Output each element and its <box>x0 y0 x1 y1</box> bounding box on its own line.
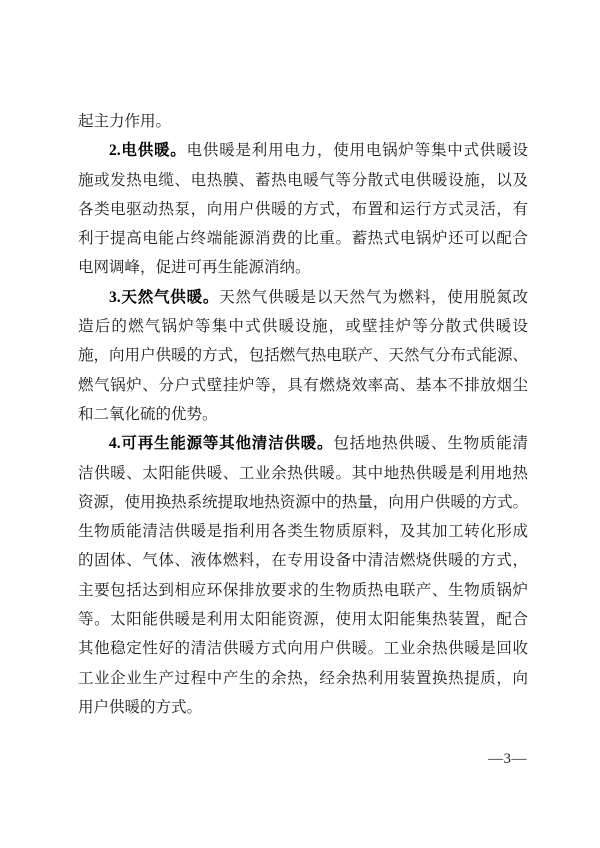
line-text: 用户供暖的方式。 <box>78 699 202 716</box>
page-number: —3— <box>488 749 527 769</box>
line-text: 施，向用户供暖的方式，包括燃气热电联产、天然气分布式能源、 <box>78 347 528 364</box>
paragraph: 2.电供暖。电供暖是利用电力，使用电锅炉等集中式供暖设施或发热电缆、电热膜、蓄热… <box>78 136 528 282</box>
line-text: 等。太阳能供暖是利用太阳能资源，使用太阳能集热装置，配合 <box>78 611 528 628</box>
line-text: 包括地热供暖、生物质能清 <box>333 435 528 452</box>
paragraph: 起主力作用。 <box>78 107 528 136</box>
line-text: 其他稳定性好的清洁供暖方式向用户供暖。工业余热供暖是回收 <box>78 640 528 657</box>
line-text: 利于提高电能占终端能源消费的比重。蓄热式电锅炉还可以配合 <box>78 230 528 247</box>
text-line: 资源，使用换热系统提取地热资源中的热量，向用户供暖的方式。 <box>78 488 528 517</box>
text-line: 主要包括达到相应环保排放要求的生物质热电联产、生物质锅炉 <box>78 576 528 605</box>
text-line: 其他稳定性好的清洁供暖方式向用户供暖。工业余热供暖是回收 <box>78 634 528 663</box>
paragraph: 4.可再生能源等其他清洁供暖。包括地热供暖、生物质能清洁供暖、太阳能供暖、工业余… <box>78 429 528 722</box>
text-line: 燃气锅炉、分户式壁挂炉等，具有燃烧效率高、基本不排放烟尘 <box>78 371 528 400</box>
line-text: 施或发热电缆、电热膜、蓄热电暖气等分散式电供暖设施，以及 <box>78 172 528 189</box>
text-line: 用户供暖的方式。 <box>78 693 528 722</box>
line-text: 工业企业生产过程中产生的余热，经余热利用装置换热提质，向 <box>78 670 528 687</box>
text-line: 的固体、气体、液体燃料，在专用设备中清洁燃烧供暖的方式， <box>78 546 528 575</box>
text-line: 电网调峰，促进可再生能源消纳。 <box>78 253 528 282</box>
line-text: 资源，使用换热系统提取地热资源中的热量，向用户供暖的方式。 <box>78 494 528 511</box>
text-line: 工业企业生产过程中产生的余热，经余热利用装置换热提质，向 <box>78 664 528 693</box>
text-line: 洁供暖、太阳能供暖、工业余热供暖。其中地热供暖是利用地热 <box>78 459 528 488</box>
document-page: 起主力作用。2.电供暖。电供暖是利用电力，使用电锅炉等集中式供暖设施或发热电缆、… <box>0 0 600 848</box>
text-line: 和二氧化硫的优势。 <box>78 400 528 429</box>
line-text: 电供暖是利用电力，使用电锅炉等集中式供暖设 <box>187 142 528 159</box>
line-text: 起主力作用。 <box>78 113 171 130</box>
line-text: 和二氧化硫的优势。 <box>78 406 218 423</box>
document-body: 起主力作用。2.电供暖。电供暖是利用电力，使用电锅炉等集中式供暖设施或发热电缆、… <box>78 107 528 722</box>
line-text: 主要包括达到相应环保排放要求的生物质热电联产、生物质锅炉 <box>78 582 528 599</box>
text-line: 4.可再生能源等其他清洁供暖。包括地热供暖、生物质能清 <box>78 429 528 458</box>
line-text: 燃气锅炉、分户式壁挂炉等，具有燃烧效率高、基本不排放烟尘 <box>78 377 528 394</box>
section-heading-label: 2.电供暖。 <box>109 142 187 159</box>
line-text: 电网调峰，促进可再生能源消纳。 <box>78 259 311 276</box>
paragraph: 3.天然气供暖。天然气供暖是以天然气为燃料，使用脱氮改造后的燃气锅炉等集中式供暖… <box>78 283 528 429</box>
text-line: 起主力作用。 <box>78 107 528 136</box>
text-line: 利于提高电能占终端能源消费的比重。蓄热式电锅炉还可以配合 <box>78 224 528 253</box>
text-line: 各类电驱动热泵，向用户供暖的方式，布置和运行方式灵活，有 <box>78 195 528 224</box>
text-line: 2.电供暖。电供暖是利用电力，使用电锅炉等集中式供暖设 <box>78 136 528 165</box>
line-text: 生物质能清洁供暖是指利用各类生物质原料，及其加工转化形成 <box>78 523 528 540</box>
text-line: 生物质能清洁供暖是指利用各类生物质原料，及其加工转化形成 <box>78 517 528 546</box>
section-heading-label: 4.可再生能源等其他清洁供暖。 <box>109 435 333 452</box>
line-text: 的固体、气体、液体燃料，在专用设备中清洁燃烧供暖的方式， <box>78 552 528 569</box>
text-line: 3.天然气供暖。天然气供暖是以天然气为燃料，使用脱氮改 <box>78 283 528 312</box>
text-line: 等。太阳能供暖是利用太阳能资源，使用太阳能集热装置，配合 <box>78 605 528 634</box>
line-text: 造后的燃气锅炉等集中式供暖设施，或壁挂炉等分散式供暖设 <box>78 318 528 335</box>
text-line: 造后的燃气锅炉等集中式供暖设施，或壁挂炉等分散式供暖设 <box>78 312 528 341</box>
line-text: 天然气供暖是以天然气为燃料，使用脱氮改 <box>219 289 528 306</box>
text-line: 施或发热电缆、电热膜、蓄热电暖气等分散式电供暖设施，以及 <box>78 166 528 195</box>
line-text: 各类电驱动热泵，向用户供暖的方式，布置和运行方式灵活，有 <box>78 201 528 218</box>
text-line: 施，向用户供暖的方式，包括燃气热电联产、天然气分布式能源、 <box>78 341 528 370</box>
section-heading-label: 3.天然气供暖。 <box>109 289 219 306</box>
line-text: 洁供暖、太阳能供暖、工业余热供暖。其中地热供暖是利用地热 <box>78 465 528 482</box>
